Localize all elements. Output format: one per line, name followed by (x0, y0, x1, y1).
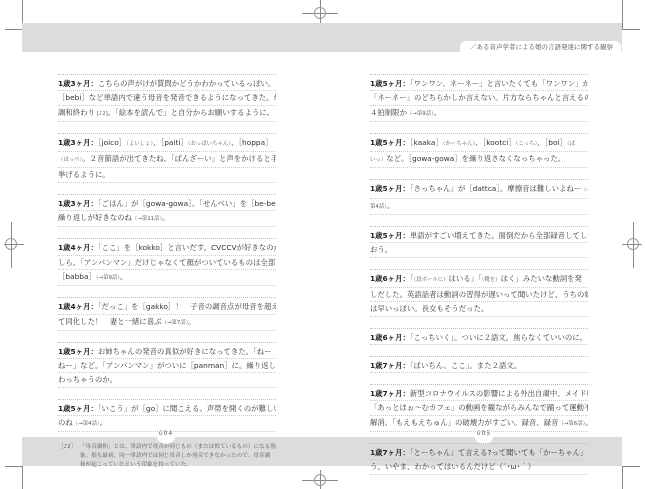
diary-entry: 1歳3ヶ月：こちらの声がけが質問かどうかわかっているっぽい。［bebi］など単語… (58, 74, 276, 122)
entry-line: ４拍制限か（→第9話）。 (370, 106, 588, 122)
diary-entry: 1歳3ヶ月：［joico］（よいしょ）、［paiti］（おっぱいちゃん）、［ho… (58, 133, 276, 183)
entry-text: のね (58, 418, 73, 427)
diary-entry: 1歳7ヶ月：「ぱいちん、ここ」。また２語文。 (370, 356, 588, 373)
entry-annotation: （→第6話） (558, 421, 585, 427)
entry-text: ［babba］ (58, 272, 96, 281)
entry-text: 。 (120, 272, 127, 281)
entry-line: 1歳5ヶ月：「いこう」が［go］に聞こえる。声帯を開くのが難しい (58, 402, 276, 416)
entry-annotation: いっ） (370, 157, 386, 163)
entry-text: 「ここ」を［kokko］と言いだす。CVCCVが好きなのか (98, 243, 276, 252)
entry-text: 。 (188, 317, 195, 326)
left-page-column: 1歳3ヶ月：こちらの声がけが質問かどうかわかっているっぽい。［bebi］など単語… (58, 74, 276, 470)
footnote-line: 「母音調和」とは、単語内で母音が同じもの（または似ているもの）になる現 (80, 443, 276, 452)
entry-line: おう。 (370, 243, 588, 257)
entry-text: ４拍制限か (370, 108, 407, 117)
entry-age-label: 1歳3ヶ月： (58, 138, 98, 147)
entry-annotation: 第4話） (370, 204, 387, 210)
diary-entry: 1歳5ヶ月：お姉ちゃんの発音の真似が好きになってきた。「ねーねー」など。「アンパ… (58, 342, 276, 388)
entry-text: 。「絵本を読んで」と自分からお願いするように。 (108, 108, 274, 117)
entry-line: 1歳7ヶ月：「とーちゃん」て言える?って聞いても「かーちゃん」と言 (370, 446, 588, 460)
entry-line: 1歳5ヶ月：［kaaka］（かーちゃん）、［kootci］（こっち）、［boi］… (370, 136, 588, 152)
entry-age-label: 1歳7ヶ月： (370, 448, 410, 457)
entry-line: 1歳5ヶ月：「さっちゃん」が［dattca］。摩擦音は難しいよねー（→ (370, 182, 588, 198)
entry-line: ねー」など。「アンパンマン」がついに［panman］に。繰り返し終 (58, 359, 276, 373)
entry-text: はく」みたいな動詞を発 (501, 274, 582, 283)
entry-line: しら。「アンパンマン」だけじゃなくて顔がついているものは全部 (58, 256, 276, 270)
entry-text: ねー」など。「アンパンマン」がついに［panman］に。繰り返し終 (58, 361, 276, 370)
entry-text: ［bebi］など単語内で違う母音を発音できるようになってきた。母音 (58, 93, 276, 102)
entry-text: おう。 (370, 245, 392, 254)
entry-line: しだした。英語話者は動詞の習得が遅いって聞いたけど、うちの娘 (370, 288, 588, 302)
entry-line: わっちゃうのか。 (58, 373, 276, 387)
entry-text: 繰り返しが好きなのね (58, 213, 132, 222)
entry-text: 新型コロナウイルスの影響による外出自粛中、メイド喫茶 (410, 389, 588, 398)
entry-annotation: （→第9話） (96, 275, 120, 281)
running-title: ／ある音声学者による娘の言語発達に関する観察 (460, 41, 621, 53)
entry-annotation: （おっぱいちゃん） (188, 141, 231, 147)
entry-text: 。 (387, 201, 394, 210)
entry-text: 「だっこ」を［gakko］！ 子音の調音点が母音を超え (98, 302, 276, 311)
entry-text: 「ワンワン、ネーネー」と言いたくても「ワンワン」か (410, 79, 588, 88)
entry-text: 「こっちいく」。ついに２語文。焦らなくていいのに。 (410, 333, 587, 342)
entry-annotation: （かーちゃん） (443, 141, 475, 147)
entry-line: 「あっとほぉ〜むカフェ」の動画を観ながらみんなで踊って運動不足 (370, 401, 588, 415)
entry-text: 解消。「もえもえちゅん」の破壊力がすごい。録音、録音 (370, 418, 558, 427)
diary-entry: 1歳5ヶ月：「いこう」が［go］に聞こえる。声帯を開くのが難しいのね（→第4話）… (58, 399, 276, 433)
footnote-line: 象。娘も最初、同一単語内では同じ母音しか発音できなかったので、母音調 (80, 452, 276, 461)
entry-line: のね（→第4話）。 (58, 416, 276, 432)
footnote-line: 和が起こっていたという印象を持っていた。 (80, 461, 276, 470)
entry-annotation: （靴を） (482, 277, 501, 283)
entry-line: 1歳6ヶ月：「（段ボールに）はいる」「（靴を）はく」みたいな動詞を発 (370, 272, 588, 288)
entry-line: 調和終わり [♪2]。「絵本を読んで」と自分からお願いするように。 (58, 106, 276, 122)
entry-age-label: 1歳7ヶ月： (370, 389, 410, 398)
entry-age-label: 1歳5ヶ月： (370, 231, 410, 240)
entry-line: ［bebi］など単語内で違う母音を発音できるようになってきた。母音 (58, 91, 276, 105)
footnote-mark: ［♪2］ (58, 443, 80, 470)
diary-entry: 1歳3ヶ月：「ごはん」が［gowa-gowa］。「せんべい」を［be-be］。繰… (58, 194, 276, 228)
entry-age-label: 1歳5ヶ月： (58, 404, 98, 413)
entry-line: は早いっぽい。長女もそうだった。 (370, 302, 588, 316)
entry-annotation: （段ボールに） (414, 277, 449, 283)
entry-line: 解消。「もえもえちゅん」の破壊力がすごい。録音、録音（→第6話）。 (370, 416, 588, 432)
entry-age-label: 1歳3ヶ月： (58, 199, 98, 208)
entry-text: う。いやま、わかってはいるんだけど（´･ω･｀） (370, 462, 535, 471)
entry-annotation: （→ (581, 187, 588, 193)
diary-entry: 1歳5ヶ月：「ワンワン、ネーネー」と言いたくても「ワンワン」か「ネーネー」のどち… (370, 74, 588, 122)
entry-text: 「さっちゃん」が［dattca］。摩擦音は難しいよねー (410, 184, 581, 193)
entry-text: わっちゃうのか。 (58, 375, 117, 384)
entry-age-label: 1歳4ヶ月： (58, 243, 98, 252)
diary-entry: 1歳7ヶ月：新型コロナウイルスの影響による外出自粛中、メイド喫茶「あっとほぉ〜む… (370, 384, 588, 432)
entry-line: いっ）など。［gowa-gowa］を繰り返さなくなっちゃった。 (370, 152, 588, 168)
entry-text: 。 (585, 418, 588, 427)
entry-annotation: （こっち） (516, 141, 537, 147)
entry-text: 「ぱいちん、ここ」。また２語文。 (410, 361, 521, 370)
entry-text: しだした。英語話者は動詞の習得が遅いって聞いたけど、うちの娘 (370, 290, 588, 299)
entry-age-label: 1歳5ヶ月： (370, 138, 410, 147)
entry-text: ［kaaka］ (410, 138, 443, 147)
entry-text: お姉ちゃんの発音の真似が好きになってきた。「ねー (98, 347, 272, 356)
entry-age-label: 1歳4ヶ月： (58, 302, 98, 311)
entry-annotation: （→第7話） (161, 320, 188, 326)
diary-entry: 1歳5ヶ月：単語がすごい増えてきた。面倒だから全部録音してしまおう。 (370, 226, 588, 258)
entry-age-label: 1歳6ヶ月： (370, 274, 410, 283)
entry-line: 1歳3ヶ月：こちらの声がけが質問かどうかわかっているっぽい。 (58, 77, 276, 91)
entry-text: 、［kootci］ (475, 138, 516, 147)
entry-text: 単語がすごい増えてきた。面倒だから全部録音してしま (410, 231, 588, 240)
entry-text: 「ごはん」が［gowa-gowa］。「せんべい」を［be-be］。 (98, 199, 276, 208)
entry-annotation: （→第11話） (132, 216, 162, 222)
entry-line: 第4話）。 (370, 199, 588, 215)
entry-line: 繰り返しが好きなのね（→第11話）。 (58, 211, 276, 227)
footnote: ［♪2］「母音調和」とは、単語内で母音が同じもの（または似ているもの）になる現象… (58, 443, 276, 470)
entry-age-label: 1歳6ヶ月： (370, 333, 410, 342)
entry-annotation: [♪2] (95, 111, 108, 117)
entry-text: 。 (434, 108, 441, 117)
entry-annotation: （→第4話） (73, 421, 100, 427)
entry-annotation: （→第9話） (407, 111, 434, 117)
entry-age-label: 1歳5ヶ月： (58, 347, 98, 356)
entry-age-label: 1歳5ヶ月： (370, 184, 410, 193)
entry-line: 1歳3ヶ月：「ごはん」が［gowa-gowa］。「せんべい」を［be-be］。 (58, 197, 276, 211)
entry-line: 1歳7ヶ月：新型コロナウイルスの影響による外出自粛中、メイド喫茶 (370, 387, 588, 401)
entry-text: など。［gowa-gowa］を繰り返さなくなっちゃった。 (386, 154, 565, 163)
diary-entry: 1歳6ヶ月：「（段ボールに）はいる」「（靴を）はく」みたいな動詞を発しだした。英… (370, 269, 588, 317)
footnote-body: 「母音調和」とは、単語内で母音が同じもの（または似ているもの）になる現象。娘も最… (80, 443, 276, 470)
entry-text: 、［paiti］ (153, 138, 188, 147)
entry-text: こちらの声がけが質問かどうかわかっているっぽい。 (98, 79, 275, 88)
entry-line: 1歳4ヶ月：「ここ」を［kokko］と言いだす。CVCCVが好きなのか (58, 241, 276, 255)
entry-text: 、［hoppa］ (231, 138, 273, 147)
entry-text: 「いこう」が［go］に聞こえる。声帯を開くのが難しい (98, 404, 276, 413)
entry-text: は早いっぽい。長女もそうだった。 (370, 304, 488, 313)
entry-line: ［babba］（→第9話）。 (58, 270, 276, 286)
diary-entry: 1歳4ヶ月：「ここ」を［kokko］と言いだす。CVCCVが好きなのかしら。「ア… (58, 238, 276, 286)
entry-line: て同化した！ 妻と一緒に喜ぶ（→第7話）。 (58, 315, 276, 331)
entry-text: はいる」「 (449, 274, 482, 283)
entry-line: 1歳3ヶ月：［joico］（よいしょ）、［paiti］（おっぱいちゃん）、［ho… (58, 136, 276, 152)
entry-text: 「とーちゃん」て言える?って聞いても「かーちゃん」と言 (410, 448, 588, 457)
entry-age-label: 1歳5ヶ月： (370, 79, 410, 88)
entry-line: 1歳7ヶ月：「ぱいちん、ここ」。また２語文。 (370, 359, 588, 373)
entry-line: 挙げるように。 (58, 168, 276, 182)
entry-text: て同化した！ 妻と一緒に喜ぶ (58, 317, 161, 326)
diary-entry: 1歳7ヶ月：「とーちゃん」て言える?って聞いても「かーちゃん」と言う。いやま、わ… (370, 443, 588, 475)
entry-text: 「ネーネー」のどちらかしか言えない。片方ならちゃんと言えるのに。 (370, 93, 588, 102)
entry-line: 1歳5ヶ月：お姉ちゃんの発音の真似が好きになってきた。「ねー (58, 345, 276, 359)
entry-text: 、［boi］ (537, 138, 567, 147)
entry-line: 1歳5ヶ月：「ワンワン、ネーネー」と言いたくても「ワンワン」か (370, 77, 588, 91)
entry-text: しら。「アンパンマン」だけじゃなくて顔がついているものは全部 (58, 258, 275, 267)
entry-text: 。 (100, 418, 107, 427)
entry-text: 調和終わり (58, 108, 95, 117)
entry-annotation: （よいしょ） (126, 141, 153, 147)
entry-line: 「ネーネー」のどちらかしか言えない。片方ならちゃんと言えるのに。 (370, 91, 588, 105)
diary-entry: 1歳6ヶ月：「こっちいく」。ついに２語文。焦らなくていいのに。 (370, 328, 588, 345)
entry-line: う。いやま、わかってはいるんだけど（´･ω･｀） (370, 460, 588, 474)
entry-text: 。２音節語が出てきたね。「ばんざーい」と声をかけると手を (82, 154, 276, 163)
entry-text: 挙げるように。 (58, 170, 110, 179)
entry-line: 1歳6ヶ月：「こっちいく」。ついに２語文。焦らなくていいのに。 (370, 331, 588, 345)
entry-line: 1歳5ヶ月：単語がすごい増えてきた。面倒だから全部録音してしま (370, 229, 588, 243)
entry-annotation: （ぱ (567, 141, 575, 147)
diary-entry: 1歳5ヶ月：「さっちゃん」が［dattca］。摩擦音は難しいよねー（→第4話）。 (370, 179, 588, 215)
entry-text: 。 (162, 213, 169, 222)
entry-annotation: （ほっぺ） (58, 157, 82, 163)
entry-age-label: 1歳7ヶ月： (370, 361, 410, 370)
diary-entry: 1歳4ヶ月：「だっこ」を［gakko］！ 子音の調音点が母音を超えて同化した！ … (58, 297, 276, 331)
diary-entry: 1歳5ヶ月：［kaaka］（かーちゃん）、［kootci］（こっち）、［boi］… (370, 133, 588, 169)
entry-text: ［joico］ (98, 138, 126, 147)
entry-age-label: 1歳3ヶ月： (58, 79, 98, 88)
entry-line: （ほっぺ）。２音節語が出てきたね。「ばんざーい」と声をかけると手を (58, 152, 276, 168)
right-page-column: 1歳5ヶ月：「ワンワン、ネーネー」と言いたくても「ワンワン」か「ネーネー」のどち… (370, 74, 588, 486)
entry-text: 「あっとほぉ〜むカフェ」の動画を観ながらみんなで踊って運動不足 (370, 403, 588, 412)
entry-line: 1歳4ヶ月：「だっこ」を［gakko］！ 子音の調音点が母音を超え (58, 300, 276, 314)
